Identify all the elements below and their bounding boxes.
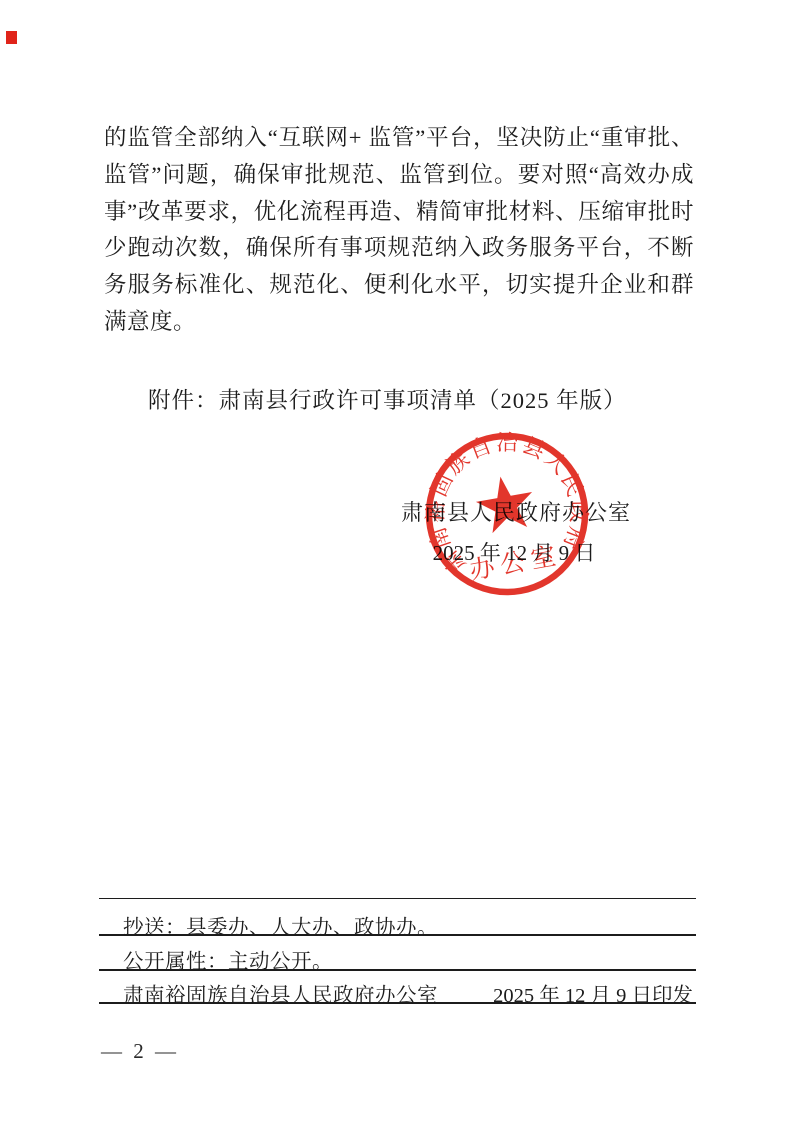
- attachment-line: 附件：肃南县行政许可事项清单（2025 年版）: [148, 383, 627, 415]
- body-paragraph: 的监管全部纳入“互联网+ 监管”平台，坚决防止“重审批、轻 监管”问题，确保审批…: [104, 120, 694, 341]
- footer-divider-cc: [99, 934, 696, 936]
- footer-divider-top: [99, 898, 696, 899]
- red-registration-mark: [6, 31, 17, 44]
- body-line: 务服务标准化、规范化、便利化水平，切实提升企业和群众获得感、: [104, 267, 694, 304]
- body-line: 监管”问题，确保审批规范、监管到位。要对照“高效办成一件: [104, 157, 694, 194]
- body-line: 的监管全部纳入“互联网+ 监管”平台，坚决防止“重审批、轻: [104, 120, 694, 157]
- footer-divider-bottom: [99, 1002, 696, 1004]
- body-line: 事”改革要求，优化流程再造、精简审批材料、压缩审批时限、减: [104, 194, 694, 231]
- footer-divider-publicity: [99, 969, 696, 971]
- seal-group: 肃南裕固族自治县人民政府 办公室: [409, 416, 604, 606]
- body-line: 满意度。: [104, 304, 694, 341]
- page-number: — 2 —: [101, 1039, 179, 1064]
- body-line: 少跑动次数，确保所有事项规范纳入政务服务平台，不断提升政: [104, 230, 694, 267]
- official-seal: 肃南裕固族自治县人民政府 办公室: [406, 413, 608, 615]
- seal-star-icon: [472, 472, 538, 535]
- document-page: 的监管全部纳入“互联网+ 监管”平台，坚决防止“重审批、轻 监管”问题，确保审批…: [0, 0, 794, 1123]
